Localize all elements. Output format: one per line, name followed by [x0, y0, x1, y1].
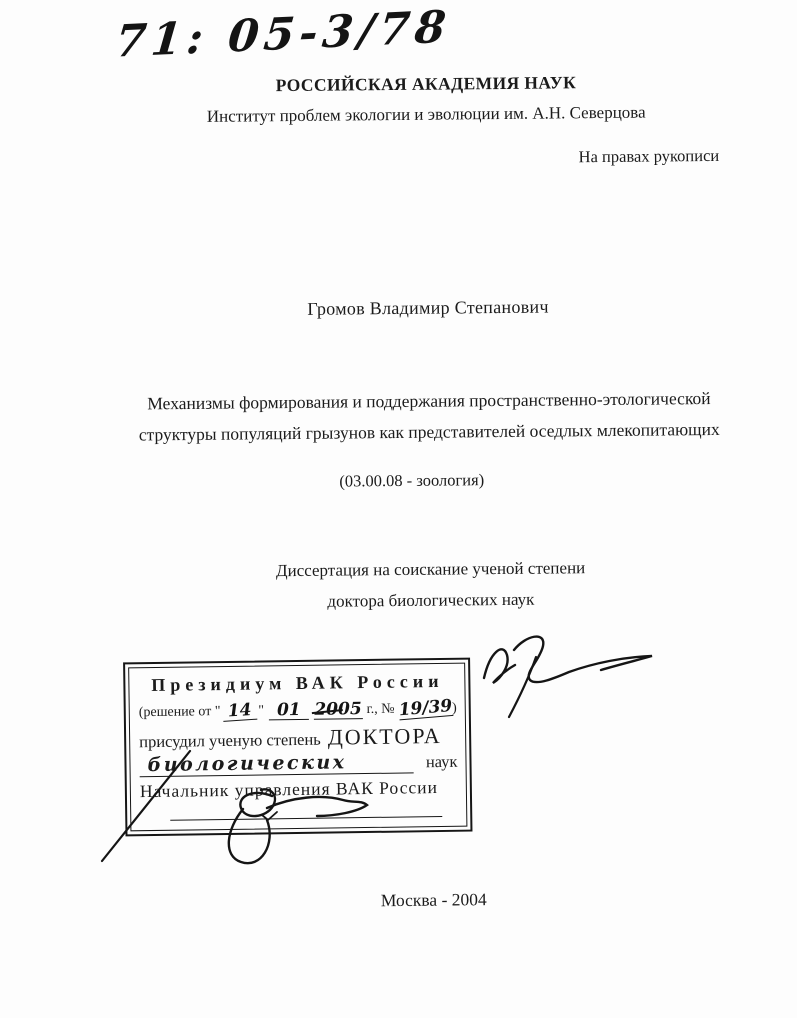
institute-name: Институт проблем экологии и эволюции им.…: [56, 101, 796, 128]
stamp-signature-icon: [210, 782, 385, 874]
manuscript-note: На правах рукописи: [579, 146, 720, 167]
dissertation-title: Механизмы формирования и поддержания про…: [59, 382, 797, 451]
field-suffix: наук: [426, 752, 458, 772]
approver-signature-icon: [470, 620, 665, 720]
author-name: Громов Владимир Степанович: [58, 294, 797, 322]
decision-day-handwritten: 14: [222, 702, 257, 722]
decision-number-handwritten: 19/39: [398, 698, 453, 720]
page-content: 71: 05-3/78 РОССИЙСКАЯ АКАДЕМИЯ НАУК Инс…: [0, 0, 797, 1018]
handwritten-shelfmark: 71: 05-3/78: [113, 1, 453, 67]
decision-year-handwritten: 2005: [313, 701, 362, 720]
stamp-title: Президиум ВАК России: [138, 671, 456, 696]
degree-statement: Диссертация на соискание ученой степени …: [60, 550, 797, 619]
stray-pen-stroke-icon: [96, 745, 196, 865]
degree-word: ДОКТОРА: [328, 723, 442, 751]
degree-statement-line2: доктора биологических наук: [61, 581, 797, 619]
decision-year-suffix: г., №: [366, 702, 394, 719]
scanned-title-page: 71: 05-3/78 РОССИЙСКАЯ АКАДЕМИЯ НАУК Инс…: [0, 0, 797, 1018]
stamp-decision-line: (решение от " 14 " 01 2005 г., № 19/39 ): [139, 700, 457, 722]
decision-prefix: (решение от ": [139, 704, 221, 722]
decision-quote: ": [258, 703, 264, 720]
decision-month-handwritten: 01: [269, 702, 309, 721]
academy-name: РОССИЙСКАЯ АКАДЕМИЯ НАУК: [56, 70, 796, 98]
city-year: Москва - 2004: [64, 886, 797, 914]
dissertation-title-line2: структуры популяций грызунов как предста…: [59, 413, 797, 451]
specialty-code: (03.00.08 - зоология): [42, 467, 782, 494]
